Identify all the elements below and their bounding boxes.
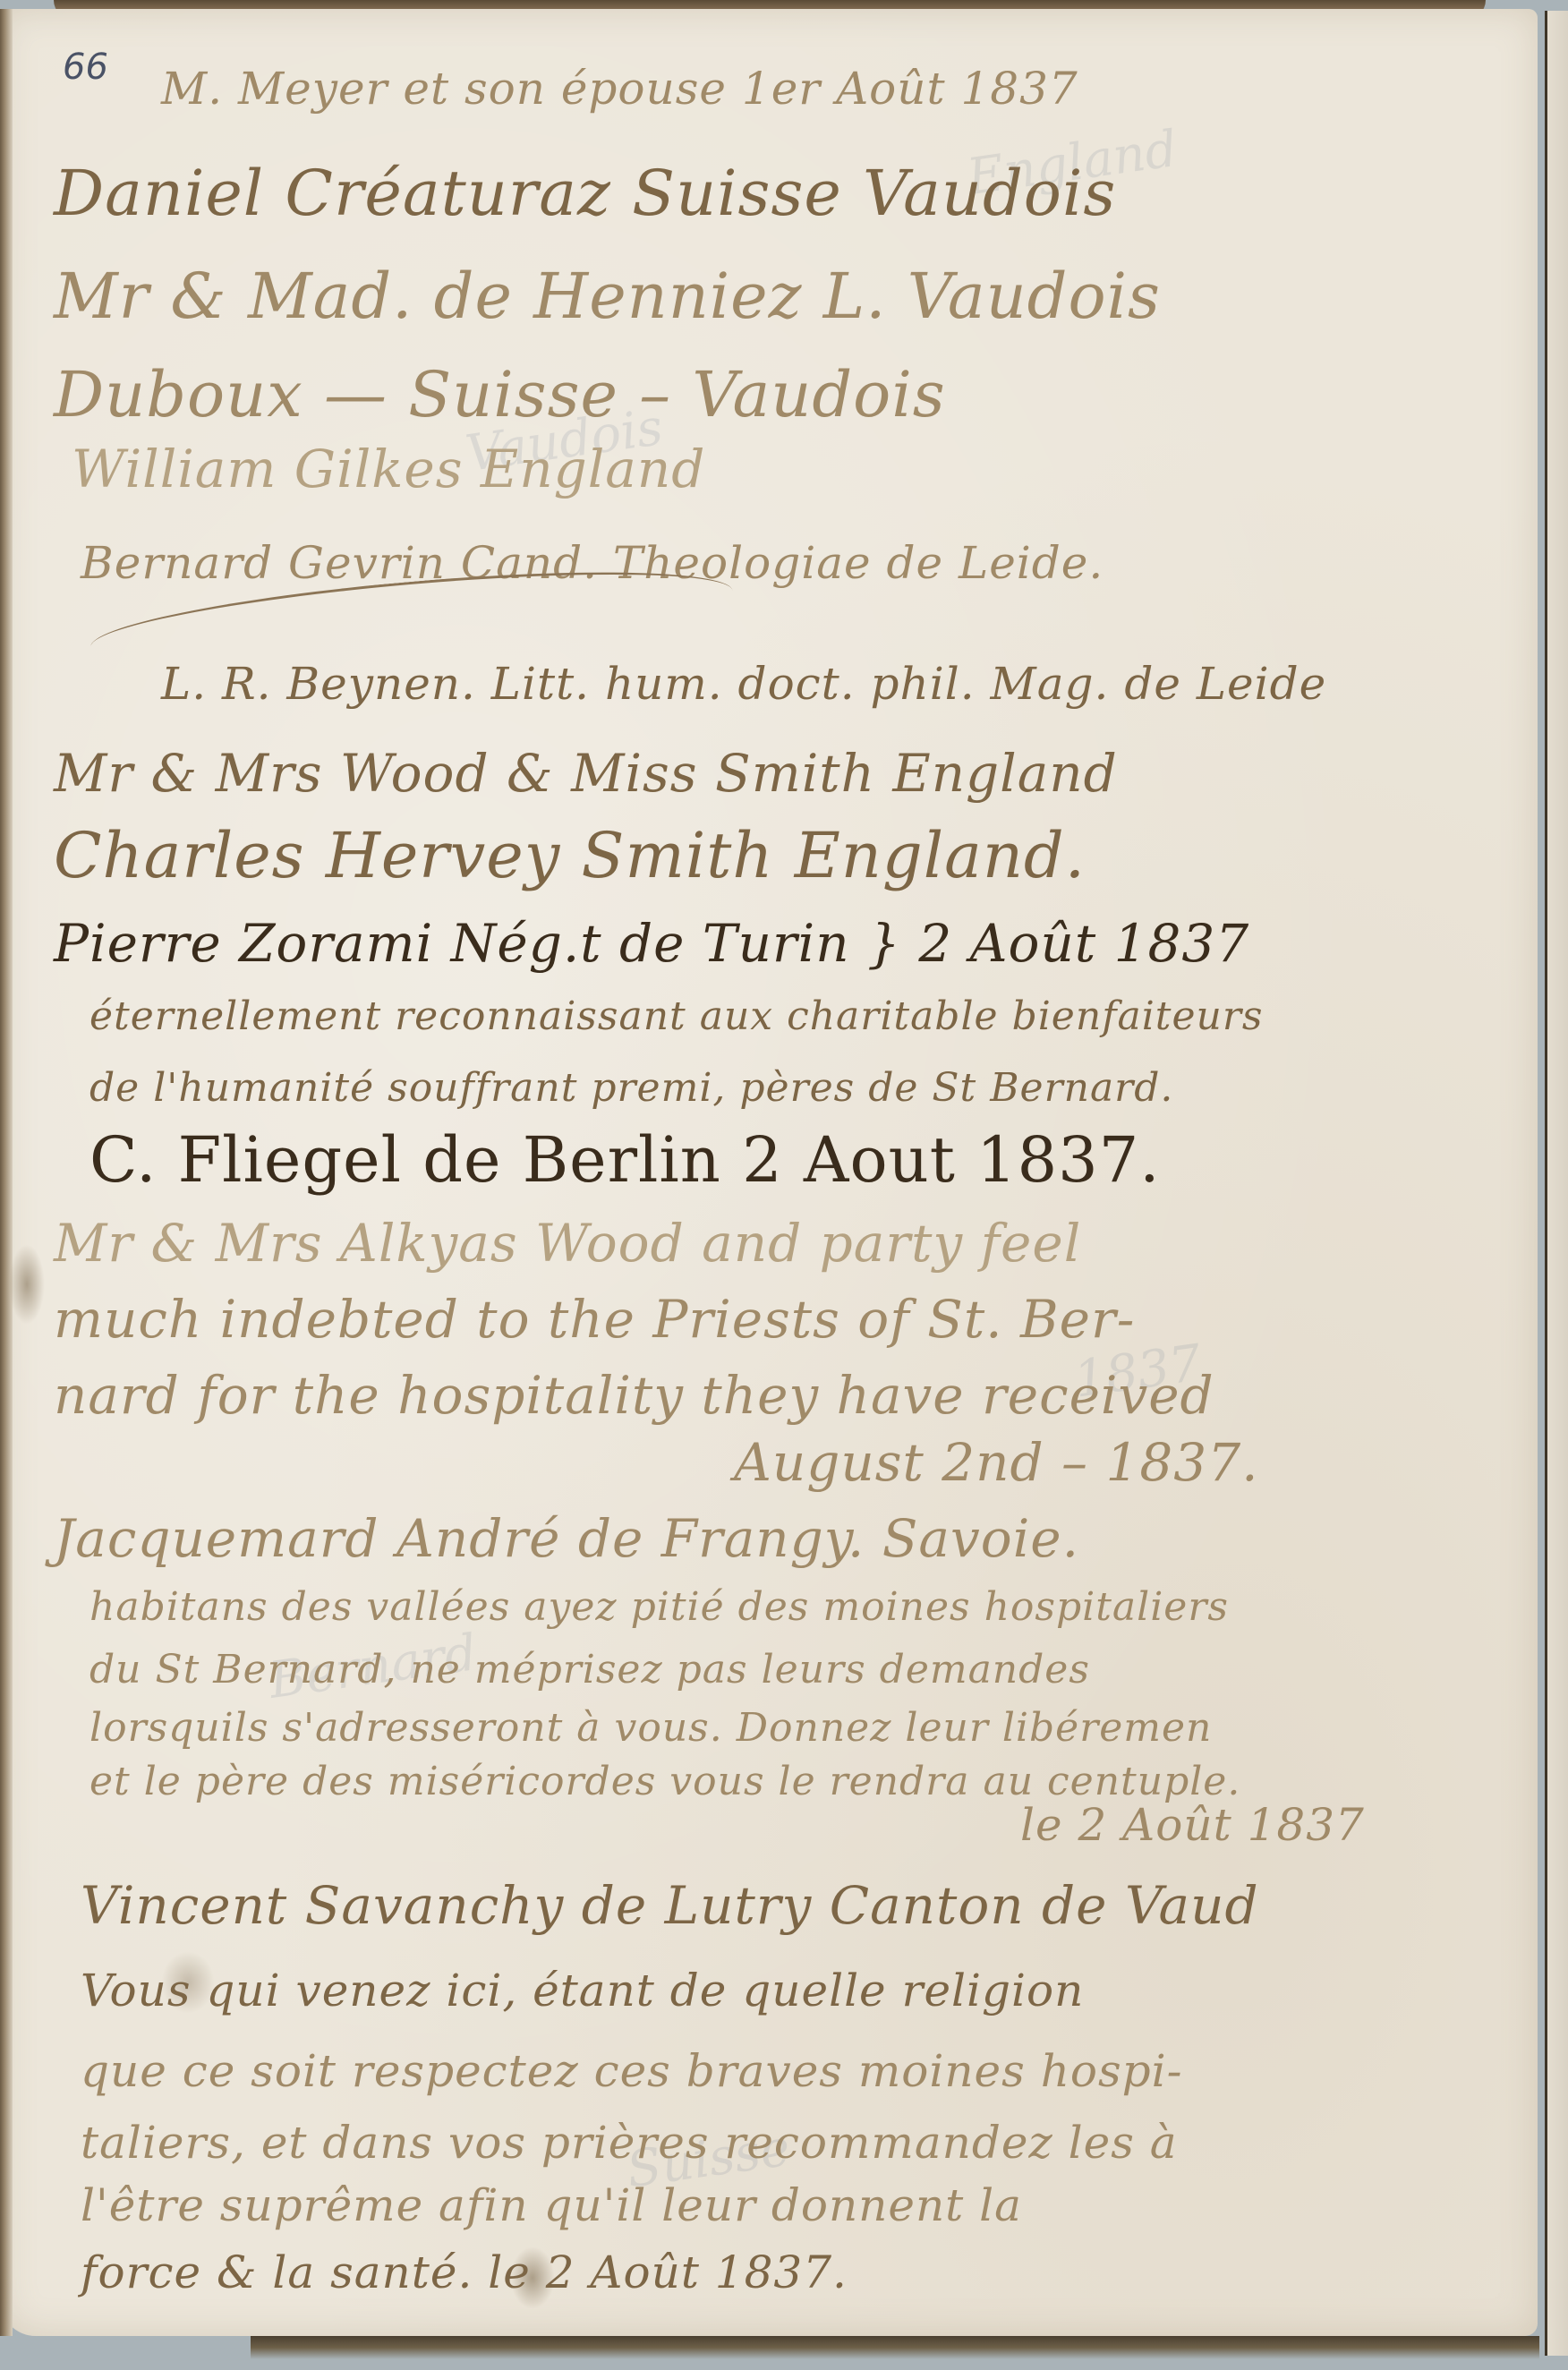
- entry-line: August 2nd – 1837.: [734, 1432, 1259, 1493]
- entry-line: du St Bernard, ne méprisez pas leurs dem…: [89, 1647, 1090, 1692]
- entry-line: que ce soit respectez ces braves moines …: [81, 2045, 1183, 2097]
- entry-line: et le père des miséricordes vous le rend…: [89, 1759, 1240, 1804]
- entry-line: Vous qui venez ici, étant de quelle reli…: [81, 1965, 1084, 2016]
- page-number: 66: [63, 47, 108, 88]
- entry-line: taliers, et dans vos prières recommandez…: [81, 2117, 1178, 2169]
- entry-line: Vincent Savanchy de Lutry Canton de Vaud: [81, 1875, 1259, 1936]
- entry-line: L. R. Beynen. Litt. hum. doct. phil. Mag…: [161, 658, 1326, 710]
- ink-stain: [9, 1244, 45, 1325]
- entry-line: Duboux — Suisse – Vaudois: [54, 358, 946, 431]
- entry-line: force & la santé. le 2 Août 1837.: [81, 2246, 848, 2298]
- page-bottom-edge: [251, 2336, 1539, 2359]
- entry-line: habitans des vallées ayez pitié des moin…: [89, 1584, 1229, 1630]
- binding-gutter: [0, 9, 13, 2336]
- entry-line: le 2 Août 1837: [1020, 1799, 1365, 1851]
- entry-line: Daniel Créaturaz Suisse Vaudois: [54, 157, 1116, 230]
- entry-line: lorsquils s'adresseront à vous. Donnez l…: [89, 1705, 1212, 1751]
- entry-line: nard for the hospitality they have recei…: [54, 1365, 1214, 1426]
- entry-line: Charles Hervey Smith England.: [54, 819, 1086, 892]
- entry-line: C. Fliegel de Berlin 2 Aout 1837.: [89, 1123, 1160, 1197]
- entry-line: Jacquemard André de Frangy. Savoie.: [54, 1508, 1079, 1569]
- entry-line: de l'humanité souffrant premi, pères de …: [89, 1065, 1173, 1111]
- entry-line: Mr & Mrs Alkyas Wood and party feel: [54, 1213, 1081, 1274]
- entry-line: l'être suprême afin qu'il leur donnent l…: [81, 2179, 1022, 2231]
- entry-line: William Gilkes England: [72, 439, 705, 499]
- entry-line: Mr & Mrs Wood & Miss Smith England: [54, 743, 1118, 804]
- entry-line: much indebted to the Priests of St. Ber-: [54, 1289, 1135, 1350]
- entry-line: Pierre Zorami Nég.t de Turin } 2 Août 18…: [54, 913, 1249, 974]
- entry-line: Mr & Mad. de Henniez L. Vaudois: [54, 260, 1161, 333]
- entry-line: M. Meyer et son épouse 1er Août 1837: [161, 63, 1078, 115]
- entry-line: éternellement reconnaissant aux charitab…: [89, 993, 1263, 1039]
- adjacent-page-edge: [1545, 11, 1568, 2356]
